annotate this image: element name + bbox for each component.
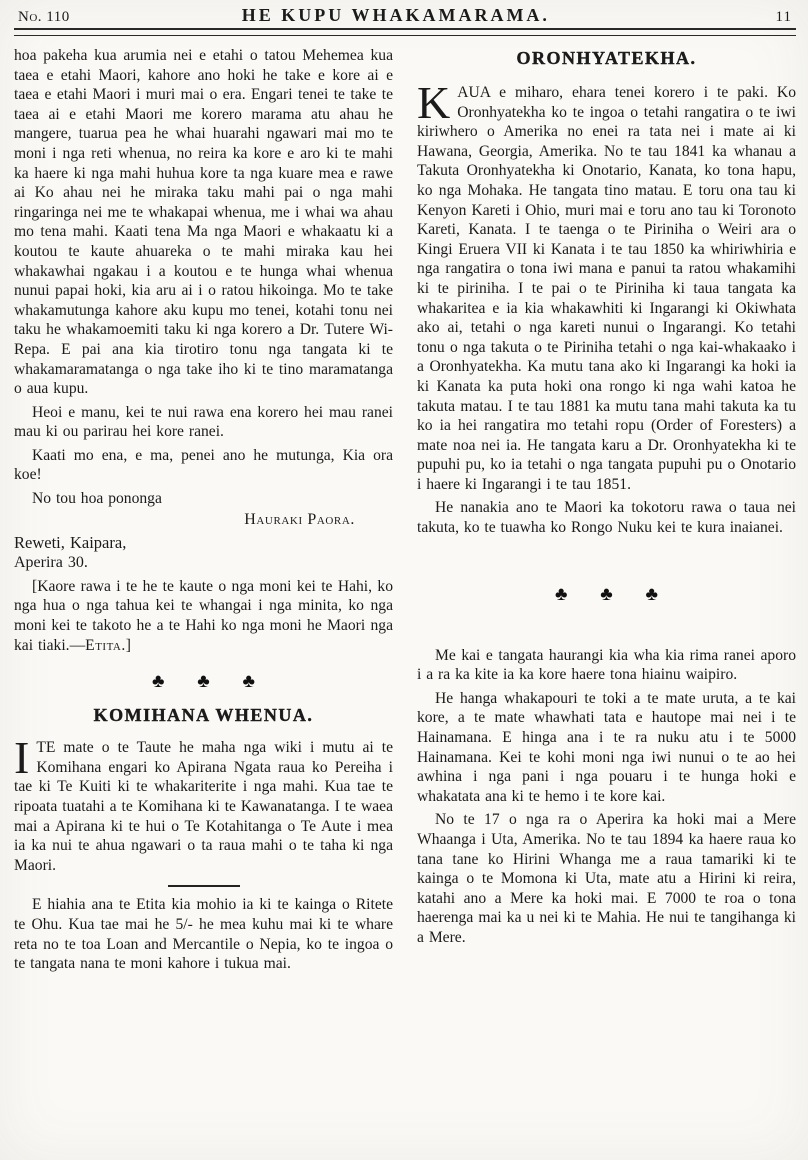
section-heading-komihana-whenua: KOMIHANA WHENUA. bbox=[14, 705, 393, 726]
mere-whaanga-paragraph: No te 17 o nga ra o Aperira ka hoki mai … bbox=[417, 810, 796, 947]
komihana-article-text: TE mate o te Taute he maha nga wiki i mu… bbox=[14, 739, 393, 874]
newspaper-page: No. 110 HE KUPU WHAKAMARAMA. 11 hoa pake… bbox=[0, 0, 808, 1160]
oronhyatekha-article-text: AUA e miharo, ehara tenei korero i te pa… bbox=[417, 84, 796, 493]
drop-cap-initial: K bbox=[417, 83, 457, 120]
page-number: 11 bbox=[722, 9, 792, 26]
nanakia-paragraph: He nanakia ano te Maori ka tokotoru rawa… bbox=[417, 498, 796, 537]
letter-date: Aperira 30. bbox=[14, 553, 393, 573]
masthead-double-rule bbox=[14, 28, 796, 36]
editor-note-signature: Etita.] bbox=[85, 637, 131, 654]
editor-notice-paragraph: E hiahia ana te Etita kia mohio ia ki te… bbox=[14, 895, 393, 973]
section-heading-oronhyatekha: ORONHYATEKHA. bbox=[417, 48, 796, 69]
short-rule-divider bbox=[168, 885, 240, 887]
letter-paragraph-kaati: Kaati mo ena, e ma, penei ano he mutunga… bbox=[14, 446, 393, 485]
editor-note-text: [Kaore rawa i te he te kaute o nga moni … bbox=[14, 578, 393, 654]
issue-number: No. 110 bbox=[18, 9, 70, 26]
clubs-divider-icon: ♣ ♣ ♣ bbox=[14, 671, 393, 693]
editor-note: [Kaore rawa i te he te kaute o nga moni … bbox=[14, 577, 393, 655]
drop-cap-initial: I bbox=[14, 738, 36, 775]
clubs-divider-icon: ♣ ♣ ♣ bbox=[417, 584, 796, 606]
left-column: hoa pakeha kua arumia nei e etahi o tato… bbox=[14, 46, 393, 974]
letter-body-continuation: hoa pakeha kua arumia nei e etahi o tato… bbox=[14, 46, 393, 399]
letter-signature: Hauraki Paora. bbox=[14, 511, 393, 529]
letter-paragraph-heoi: Heoi e manu, kei te nui rawa ena korero … bbox=[14, 403, 393, 442]
column-layout: hoa pakeha kua arumia nei e etahi o tato… bbox=[14, 46, 796, 974]
komihana-article-paragraph: ITE mate o te Taute he maha nga wiki i m… bbox=[14, 738, 393, 875]
hainamana-paragraph: He hanga whakapouri te toki a te mate ur… bbox=[417, 689, 796, 807]
masthead: No. 110 HE KUPU WHAKAMARAMA. 11 bbox=[14, 5, 796, 28]
newspaper-title: HE KUPU WHAKAMARAMA. bbox=[70, 5, 722, 26]
haurangi-paragraph: Me kai e tangata haurangi kia wha kia ri… bbox=[417, 646, 796, 685]
letter-address: Reweti, Kaipara, bbox=[14, 533, 393, 553]
letter-closing: No tou hoa pononga bbox=[14, 489, 393, 509]
oronhyatekha-article-paragraph: KAUA e miharo, ehara tenei korero i te p… bbox=[417, 83, 796, 494]
right-column: ORONHYATEKHA. KAUA e miharo, ehara tenei… bbox=[417, 46, 796, 974]
